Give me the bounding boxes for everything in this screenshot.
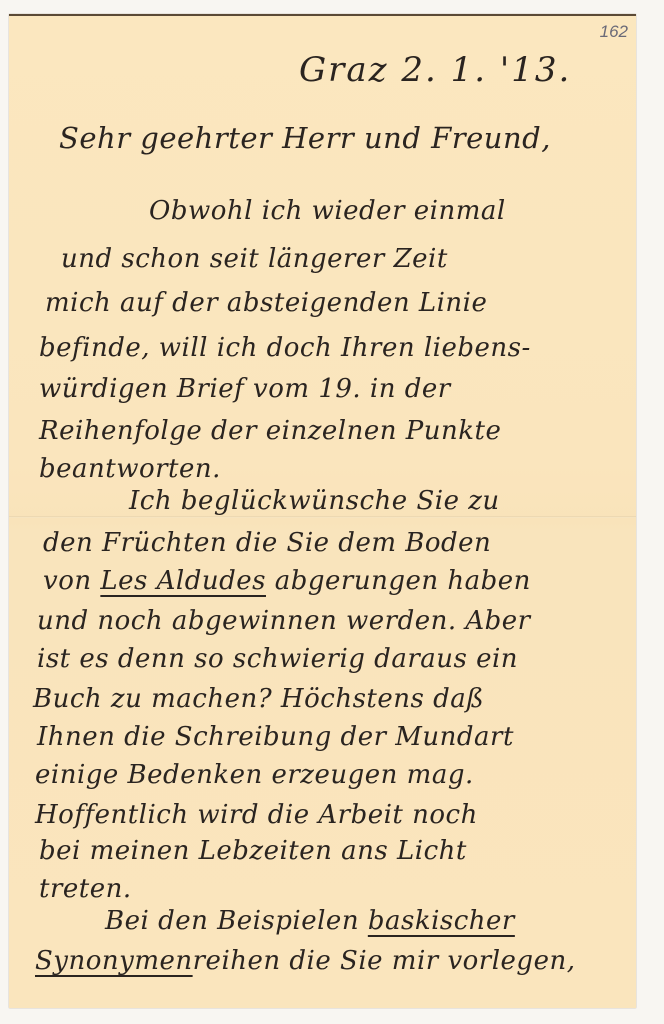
text-abgerungen: abgerungen haben xyxy=(266,566,531,596)
letter-line: bei meinen Lebzeiten ans Licht xyxy=(39,836,467,866)
letter-line: Buch zu machen? Höchstens daß xyxy=(33,684,484,714)
letter-paper: 162 Graz 2. 1. '13. Sehr geehrter Herr u… xyxy=(9,14,636,1008)
letter-line: beantworten. xyxy=(39,454,221,484)
paper-fold-line xyxy=(9,516,636,518)
letter-line: würdigen Brief vom 19. in der xyxy=(39,374,451,404)
letter-line: befinde, will ich doch Ihren liebens- xyxy=(39,333,531,363)
letter-line: Ich beglückwünsche Sie zu xyxy=(129,486,500,516)
place-date: Graz 2. 1. '13. xyxy=(299,50,571,90)
letter-line: ist es denn so schwierig daraus ein xyxy=(37,644,518,674)
archive-number: 162 xyxy=(600,22,628,42)
letter-line: treten. xyxy=(39,874,132,904)
letter-line: den Früchten die Sie dem Boden xyxy=(43,528,491,558)
scanned-page: 162 Graz 2. 1. '13. Sehr geehrter Herr u… xyxy=(0,0,664,1024)
underlined-word-synonymen: Synonymen xyxy=(35,946,193,976)
salutation: Sehr geehrter Herr und Freund, xyxy=(59,121,551,155)
letter-line: einige Bedenken erzeugen mag. xyxy=(35,760,474,790)
letter-line: Obwohl ich wieder einmal xyxy=(149,196,506,226)
letter-line: und schon seit längerer Zeit xyxy=(61,244,448,274)
underlined-place-name: Les Aldudes xyxy=(100,566,266,596)
letter-line-with-underline: Synonymenreihen die Sie mir vorlegen, xyxy=(35,946,575,976)
letter-line: Ihnen die Schreibung der Mundart xyxy=(37,722,514,752)
letter-line: Hoffentlich wird die Arbeit noch xyxy=(35,800,478,830)
letter-line-with-underline: Bei den Beispielen baskischer xyxy=(105,906,515,936)
text-von: von xyxy=(43,566,100,596)
underlined-word-baskischer: baskischer xyxy=(368,906,515,936)
text-reihen-rest: reihen die Sie mir vorlegen, xyxy=(193,946,576,976)
letter-line: Reihenfolge der einzelnen Punkte xyxy=(39,416,501,446)
letter-line: und noch abgewinnen werden. Aber xyxy=(37,606,531,636)
text-bei-den-beispielen: Bei den Beispielen xyxy=(105,906,368,936)
letter-line-with-underline: von Les Aldudes abgerungen haben xyxy=(43,566,531,596)
letter-line: mich auf der absteigenden Linie xyxy=(45,288,487,318)
